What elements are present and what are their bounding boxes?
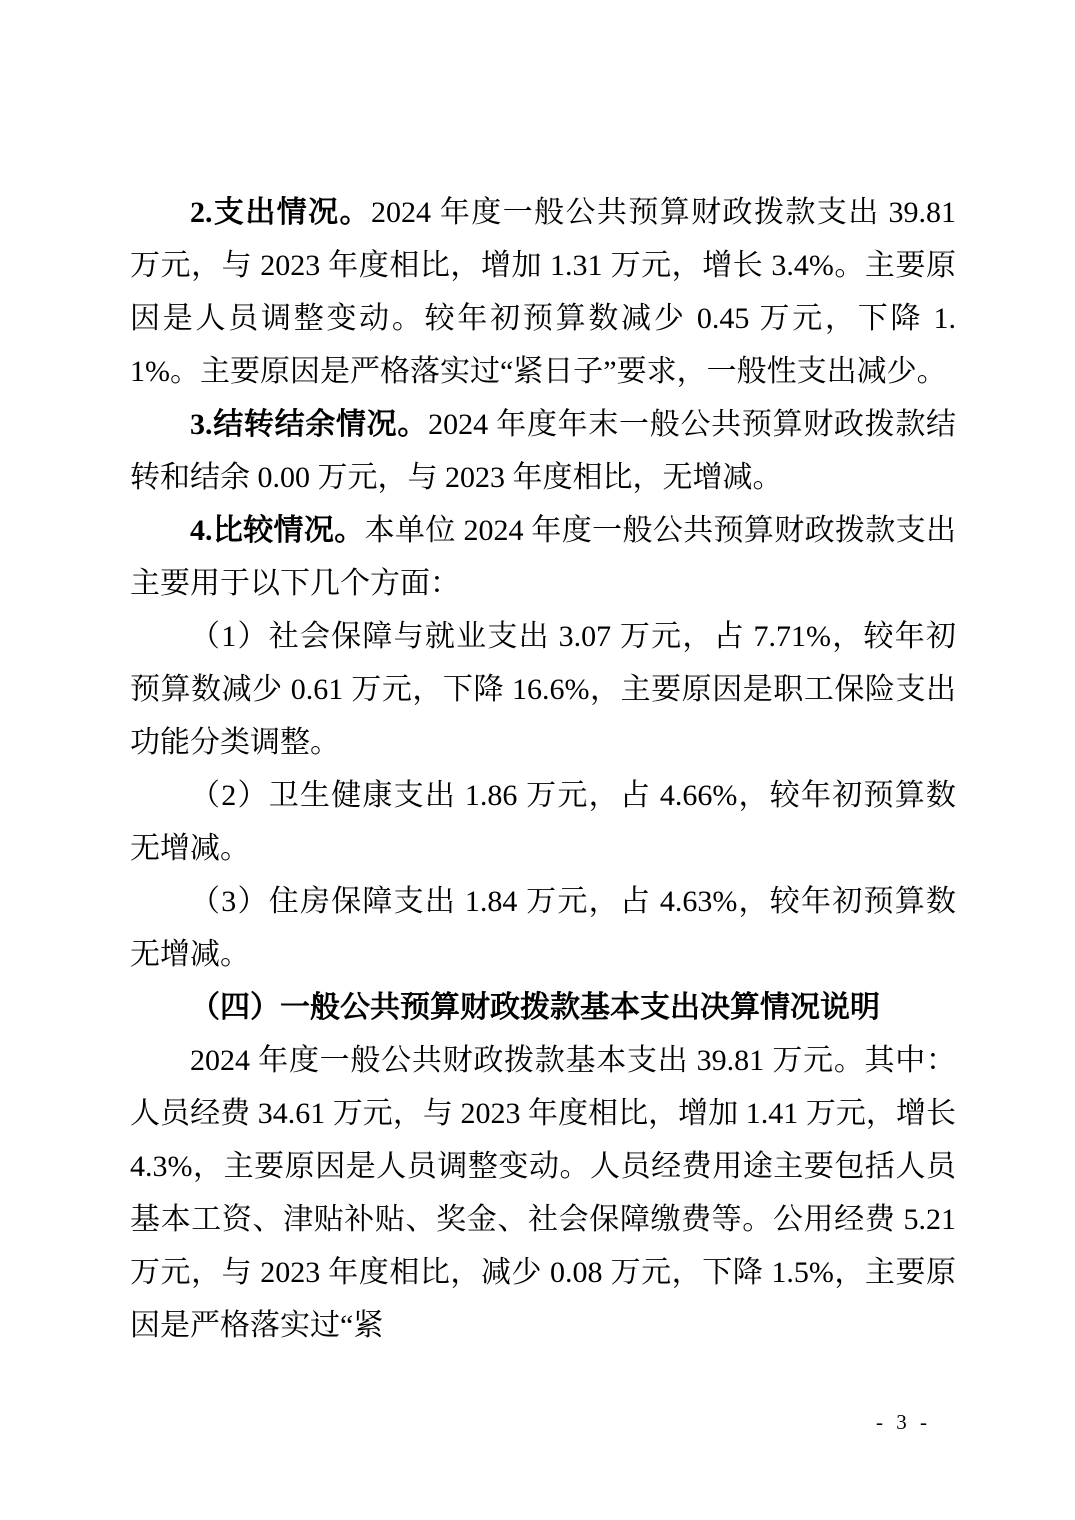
page-number: - 3 - <box>876 1406 927 1438</box>
paragraph-basic-expenditure-text: 2024 年度一般公共财政拨款基本支出 39.81 万元。其中：人员经费 34.… <box>130 1044 956 1342</box>
section-heading-basic-expenditure: （四）一般公共预算财政拨款基本支出决算情况说明 <box>130 981 956 1034</box>
paragraph-comparison: 4.比较情况。本单位 2024 年度一般公共预算财政拨款支出主要用于以下几个方面… <box>130 504 956 610</box>
paragraph-basic-expenditure: 2024 年度一般公共财政拨款基本支出 39.81 万元。其中：人员经费 34.… <box>130 1034 956 1352</box>
paragraph-item-1: （1）社会保障与就业支出 3.07 万元，占 7.71%，较年初预算数减少 0.… <box>130 610 956 769</box>
paragraph-carryover-lead: 3.结转结余情况。 <box>190 408 428 441</box>
paragraph-comparison-lead: 4.比较情况。 <box>190 514 365 547</box>
paragraph-item-2: （2）卫生健康支出 1.86 万元，占 4.66%，较年初预算数无增减。 <box>130 769 956 875</box>
paragraph-expenditure-lead: 2.支出情况。 <box>190 196 371 229</box>
paragraph-item-1-text: （1）社会保障与就业支出 3.07 万元，占 7.71%，较年初预算数减少 0.… <box>130 620 956 759</box>
paragraph-carryover: 3.结转结余情况。2024 年度年末一般公共预算财政拨款结转和结余 0.00 万… <box>130 398 956 504</box>
document-body: 2.支出情况。2024 年度一般公共预算财政拨款支出 39.81 万元，与 20… <box>130 186 956 1352</box>
paragraph-item-3-text: （3）住房保障支出 1.84 万元，占 4.63%，较年初预算数无增减。 <box>130 885 956 971</box>
paragraph-expenditure: 2.支出情况。2024 年度一般公共预算财政拨款支出 39.81 万元，与 20… <box>130 186 956 398</box>
section-heading-basic-expenditure-text: （四）一般公共预算财政拨款基本支出决算情况说明 <box>190 991 880 1024</box>
paragraph-item-2-text: （2）卫生健康支出 1.86 万元，占 4.66%，较年初预算数无增减。 <box>130 779 956 865</box>
paragraph-item-3: （3）住房保障支出 1.84 万元，占 4.63%，较年初预算数无增减。 <box>130 875 956 981</box>
